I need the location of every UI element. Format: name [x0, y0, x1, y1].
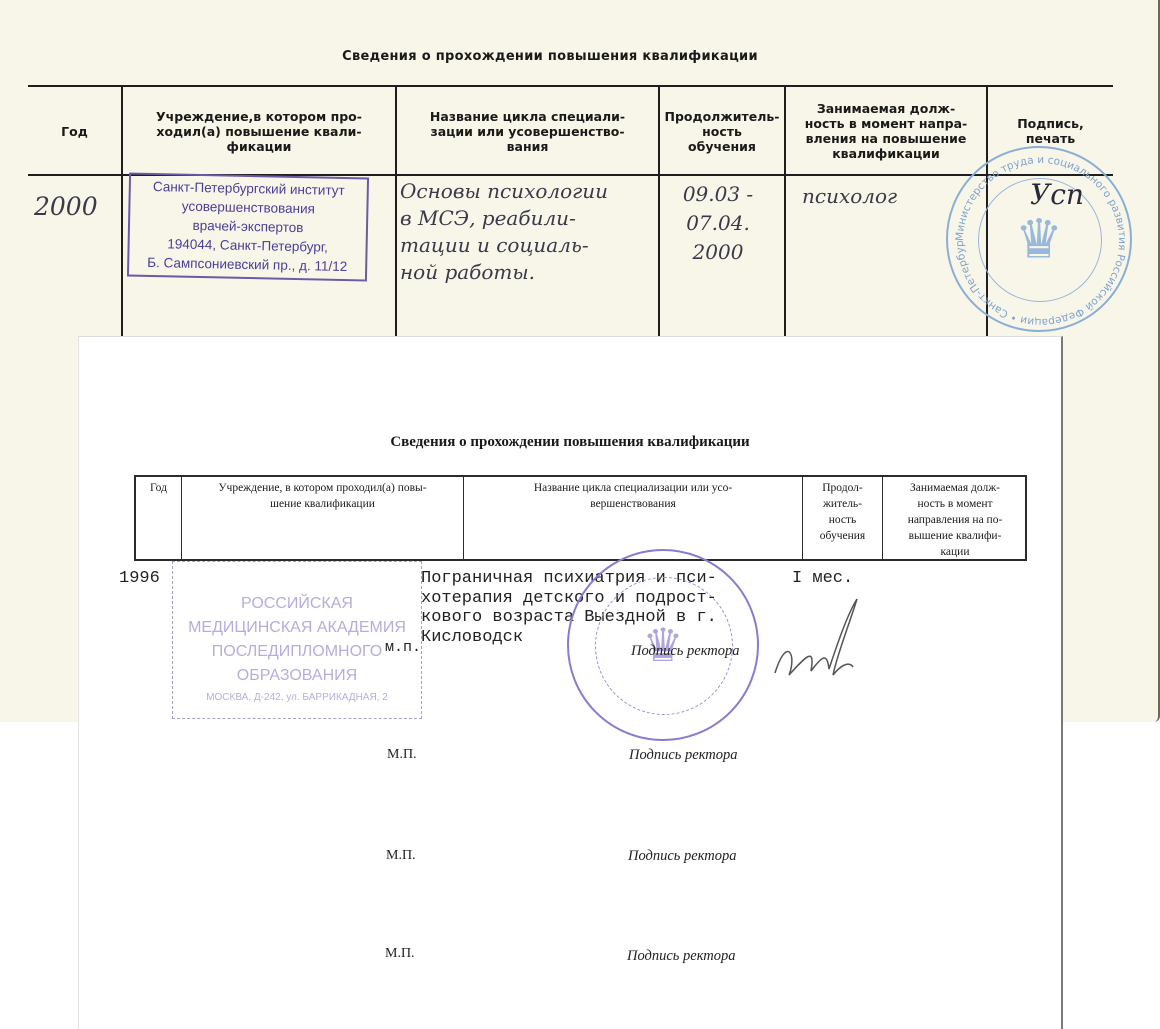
seal-label: М.П.	[385, 946, 415, 962]
column-header-year: Год	[28, 88, 121, 174]
row-position: психолог	[802, 184, 897, 208]
institution-stamp: Санкт-Петербургский институт усовершенст…	[127, 172, 369, 281]
seal-label-typed: м.п.	[385, 638, 421, 658]
column-header-institution: Учреждение,в котором про- ходил(а) повыш…	[123, 88, 395, 174]
column-header-duration: Продол- житель- ность обучения	[803, 480, 882, 544]
column-header-duration: Продолжитель- ность обучения	[660, 88, 784, 174]
rector-signature-label: Подпись ректора	[628, 848, 737, 865]
row-year: 2000	[34, 192, 98, 221]
seal-label: М.П.	[386, 848, 416, 864]
qualification-table: Год Учреждение, в котором проходил(а) по…	[134, 475, 1027, 561]
card-title: Сведения о прохождении повышения квалифи…	[79, 434, 1061, 451]
table-rule	[28, 85, 1113, 87]
row-duration: I мес.	[792, 569, 853, 589]
sheet-title: Сведения о прохождении повышения квалифи…	[0, 49, 1100, 64]
column-header-position: Занимаемая долж- ность в момент направле…	[883, 480, 1027, 560]
row-cycle-name: Основы психологии в МСЭ, реабили- тации …	[400, 178, 608, 286]
rector-signature-scribble	[767, 595, 867, 685]
column-header-year: Год	[136, 480, 181, 496]
round-seal-stamp: Министерство труда и социального развити…	[946, 146, 1132, 332]
column-header-institution: Учреждение, в котором проходил(а) повы- …	[182, 480, 463, 512]
handwritten-signature: Усп	[1030, 178, 1084, 211]
rector-signature-label: Подпись ректора	[627, 948, 736, 965]
column-header-cycle-name: Название цикла специализации или усо- ве…	[464, 480, 802, 512]
double-headed-eagle-icon: ♛	[1015, 208, 1063, 271]
rector-signature-label: Подпись ректора	[629, 747, 738, 764]
seal-label: М.П.	[387, 747, 417, 763]
qualification-record-card-1996: Сведения о прохождении повышения квалифи…	[78, 336, 1063, 1029]
row-year: 1996	[119, 569, 160, 589]
column-header-cycle-name: Название цикла специали- зации или усове…	[397, 88, 658, 174]
institution-address: МОСКВА, Д-242, ул. БАРРИКАДНАЯ, 2	[173, 692, 421, 704]
row-duration: 09.03 - 07.04. 2000	[668, 180, 768, 267]
rector-signature-label: Подпись ректора	[631, 643, 740, 660]
